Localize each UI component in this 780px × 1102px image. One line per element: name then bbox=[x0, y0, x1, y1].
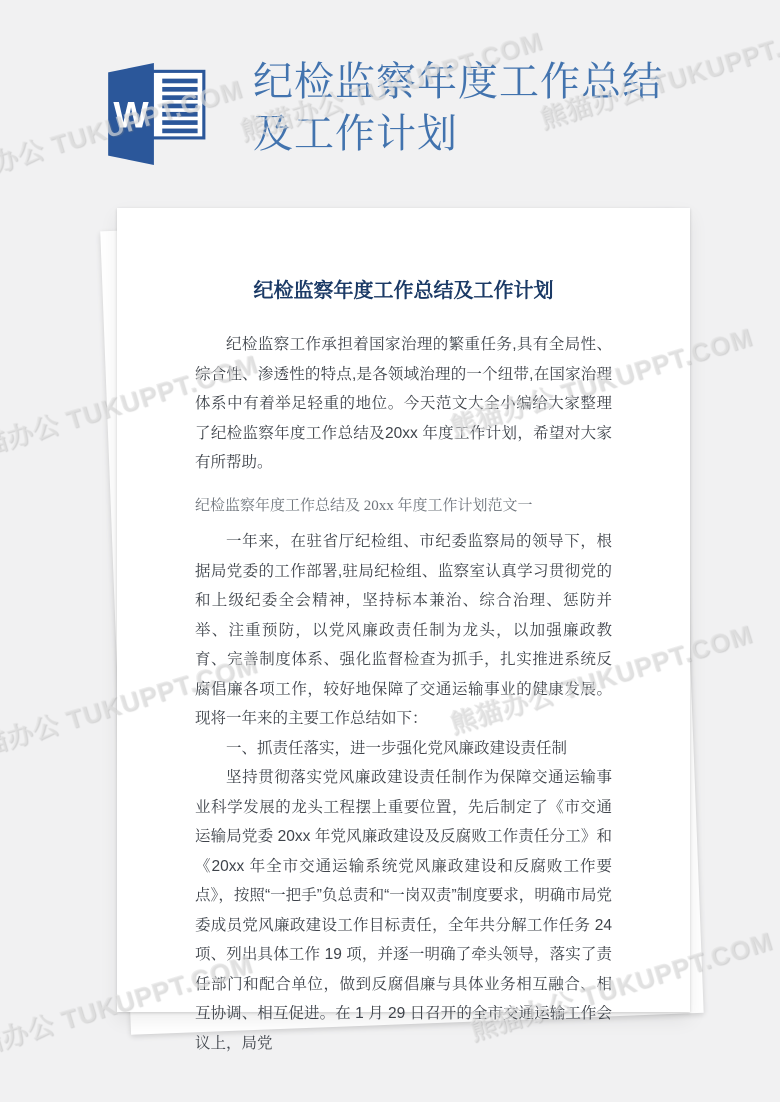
document-page: 纪检监察年度工作总结及工作计划 纪检监察工作承担着国家治理的繁重任务,具有全局性… bbox=[117, 208, 690, 1012]
header: W 纪检监察年度工作总结及工作计划 bbox=[0, 0, 780, 200]
variant-label: 纪检监察年度工作总结及 20xx 年度工作计划范文一 bbox=[195, 492, 612, 522]
paragraph-2: 坚持贯彻落实党风廉政建设责任制作为保障交通运输事业科学发展的龙头工程摆上重要位置… bbox=[195, 763, 612, 1058]
svg-text:W: W bbox=[113, 94, 149, 136]
word-icon: W bbox=[106, 62, 206, 166]
section-heading-1: 一、抓责任落实，进一步强化党风廉政建设责任制 bbox=[195, 734, 612, 764]
paragraph-1: 一年来，在驻省厅纪检组、市纪委监察局的领导下，根据局党委的工作部署,驻局纪检组、… bbox=[195, 527, 612, 734]
document-title: 纪检监察年度工作总结及工作计划 bbox=[195, 278, 612, 304]
header-title: 纪检监察年度工作总结及工作计划 bbox=[253, 56, 703, 160]
intro-paragraph: 纪检监察工作承担着国家治理的繁重任务,具有全局性、综合性、渗透性的特点,是各领域… bbox=[195, 330, 612, 478]
page-background: W 纪检监察年度工作总结及工作计划 纪检监察年度工作总结及工作计划 纪检监察工作… bbox=[0, 0, 780, 1102]
